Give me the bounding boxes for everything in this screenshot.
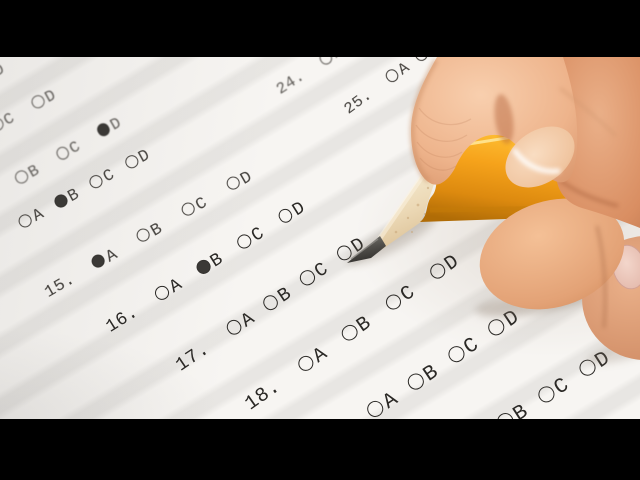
photo-content: DCDABCD14.ABCD15.ABCD16.ABCD17.ABCD18.AB…: [0, 57, 640, 419]
letterbox-top: [0, 0, 640, 57]
answer-sheet-photo: DCDABCD14.ABCD15.ABCD16.ABCD17.ABCD18.AB…: [0, 0, 640, 480]
letterbox-bottom: [0, 419, 640, 480]
hand-and-pencil: [0, 57, 640, 419]
